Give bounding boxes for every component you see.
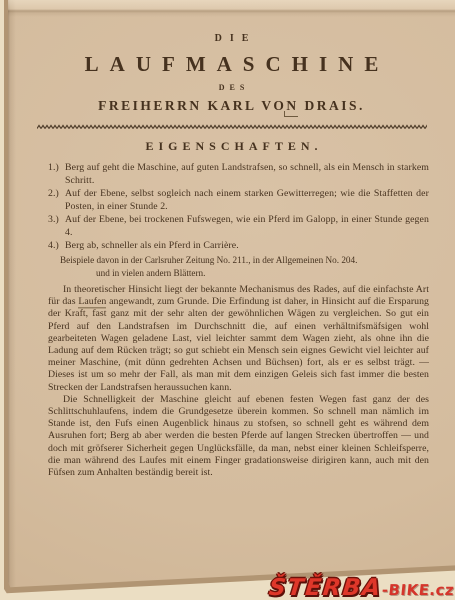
paragraph-speed: Die Schnelligkeit der Maschine gleicht a… xyxy=(48,394,429,479)
list-item: 2.) Auf der Ebene, selbst sogleich nach … xyxy=(48,187,429,213)
section-heading-eigenschaften: EIGENSCHAFTEN. xyxy=(8,139,455,154)
item-number: 4.) xyxy=(48,239,65,252)
title-author-line: FREIHERRN KARL VON DRAIS. xyxy=(8,98,455,114)
watermark-brand: ŠTĚRBA xyxy=(267,575,383,600)
examples-line1: Beispiele davon in der Carlsruher Zeitun… xyxy=(60,254,429,267)
scanner-background: DIE LAUFMASCHINE DES FREIHERRN KARL VON … xyxy=(0,0,455,600)
list-item: 3.) Auf der Ebene, bei trockenen Fufsweg… xyxy=(48,213,429,239)
item-number: 3.) xyxy=(48,213,65,239)
list-item: 1.) Berg auf geht die Maschine, auf gute… xyxy=(48,161,429,187)
document-page: DIE LAUFMASCHINE DES FREIHERRN KARL VON … xyxy=(8,0,455,592)
watermark-suffix: -BIKE.cz xyxy=(380,581,454,599)
item-text: Auf der Ebene, bei trockenen Fufswegen, … xyxy=(65,213,429,239)
examples-line2: und in vielen andern Blättern. xyxy=(96,267,429,280)
properties-list: 1.) Berg auf geht die Maschine, auf gute… xyxy=(48,161,429,252)
decorative-wavy-rule xyxy=(37,124,427,130)
item-number: 1.) xyxy=(48,161,65,187)
list-item: 4.) Berg ab, schneller als ein Pferd in … xyxy=(48,239,429,252)
paragraph-theory-text-cont: angewandt, zum Grunde. Die Erfindung ist… xyxy=(48,296,429,392)
title-des: DES xyxy=(8,83,455,92)
underlined-word-laufen: Laufen xyxy=(78,296,106,307)
title-author-text: FREIHERRN KARL VON DRAIS. xyxy=(98,98,365,113)
title-die: DIE xyxy=(8,33,455,44)
item-text: Berg auf geht die Maschine, auf guten La… xyxy=(65,161,429,187)
item-text: Berg ab, schneller als ein Pferd in Carr… xyxy=(65,239,429,252)
item-number: 2.) xyxy=(48,187,65,213)
page-title-laufmaschine: LAUFMASCHINE xyxy=(8,52,455,77)
watermark-sterba-bike: ŠTĚRBA-BIKE.cz xyxy=(267,577,455,600)
examples-note: Beispiele davon in der Carlsruher Zeitun… xyxy=(60,254,429,280)
pencil-bracket-mark xyxy=(284,111,298,117)
item-text: Auf der Ebene, selbst sogleich nach eine… xyxy=(65,187,429,213)
paragraph-theory: In theoretischer Hinsicht liegt der beka… xyxy=(48,284,429,394)
